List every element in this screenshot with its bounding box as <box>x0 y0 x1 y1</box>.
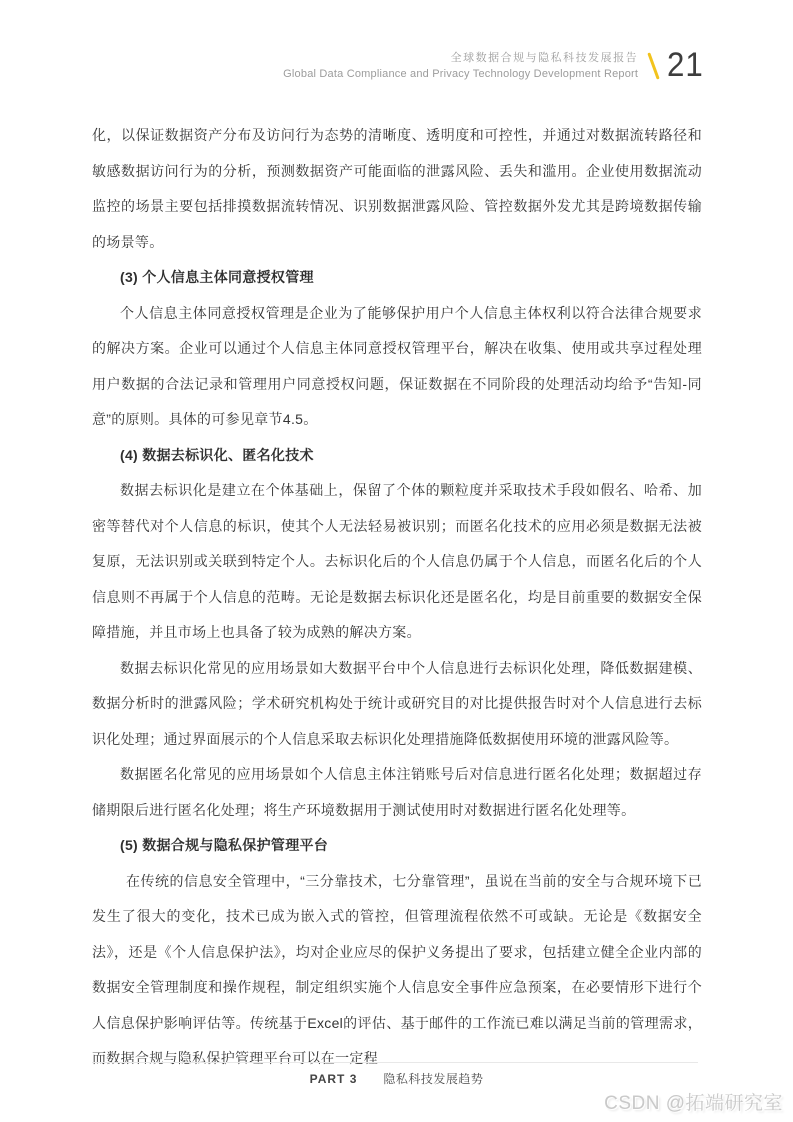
footer-part-label: PART 3 <box>310 1072 358 1086</box>
paragraph-consent-management: 个人信息主体同意授权管理是企业为了能够保护用户个人信息主体权利以符合法律合规要求… <box>92 296 702 438</box>
accent-slash-divider <box>647 52 659 79</box>
heading-compliance-platform: (5) 数据合规与隐私保护管理平台 <box>92 828 702 864</box>
paragraph-deidentification-scenarios: 数据去标识化常见的应用场景如大数据平台中个人信息进行去标识化处理，降低数据建模、… <box>92 651 702 758</box>
report-page: 全球数据合规与隐私科技发展报告 Global Data Compliance a… <box>0 0 793 1122</box>
report-title-zh: 全球数据合规与隐私科技发展报告 <box>283 50 638 66</box>
report-title-en: Global Data Compliance and Privacy Techn… <box>283 66 638 82</box>
page-number: 21 <box>667 46 704 85</box>
heading-consent-management: (3) 个人信息主体同意授权管理 <box>92 260 702 296</box>
paragraph-data-flow-monitoring: 化，以保证数据资产分布及访问行为态势的清晰度、透明度和可控性，并通过对数据流转路… <box>92 118 702 260</box>
paragraph-anonymization-scenarios: 数据匿名化常见的应用场景如个人信息主体注销账号后对信息进行匿名化处理；数据超过存… <box>92 757 702 828</box>
heading-deidentification-anonymization: (4) 数据去标识化、匿名化技术 <box>92 438 702 474</box>
page-footer: PART 3隐私科技发展趋势 <box>0 1070 793 1087</box>
document-body: 化，以保证数据资产分布及访问行为态势的清晰度、透明度和可控性，并通过对数据流转路… <box>92 118 702 1077</box>
report-title: 全球数据合规与隐私科技发展报告 Global Data Compliance a… <box>283 50 638 82</box>
footer-part-title: 隐私科技发展趋势 <box>383 1072 483 1086</box>
paragraph-deidentification-overview: 数据去标识化是建立在个体基础上，保留了个体的颗粒度并采取技术手段如假名、哈希、加… <box>92 473 702 651</box>
csdn-watermark: CSDN @拓端研究室 <box>604 1088 783 1115</box>
page-header: 全球数据合规与隐私科技发展报告 Global Data Compliance a… <box>283 46 707 85</box>
footer-divider <box>92 1062 698 1063</box>
paragraph-compliance-platform: 在传统的信息安全管理中，“三分靠技术，七分靠管理”，虽说在当前的安全与合规环境下… <box>92 864 702 1077</box>
